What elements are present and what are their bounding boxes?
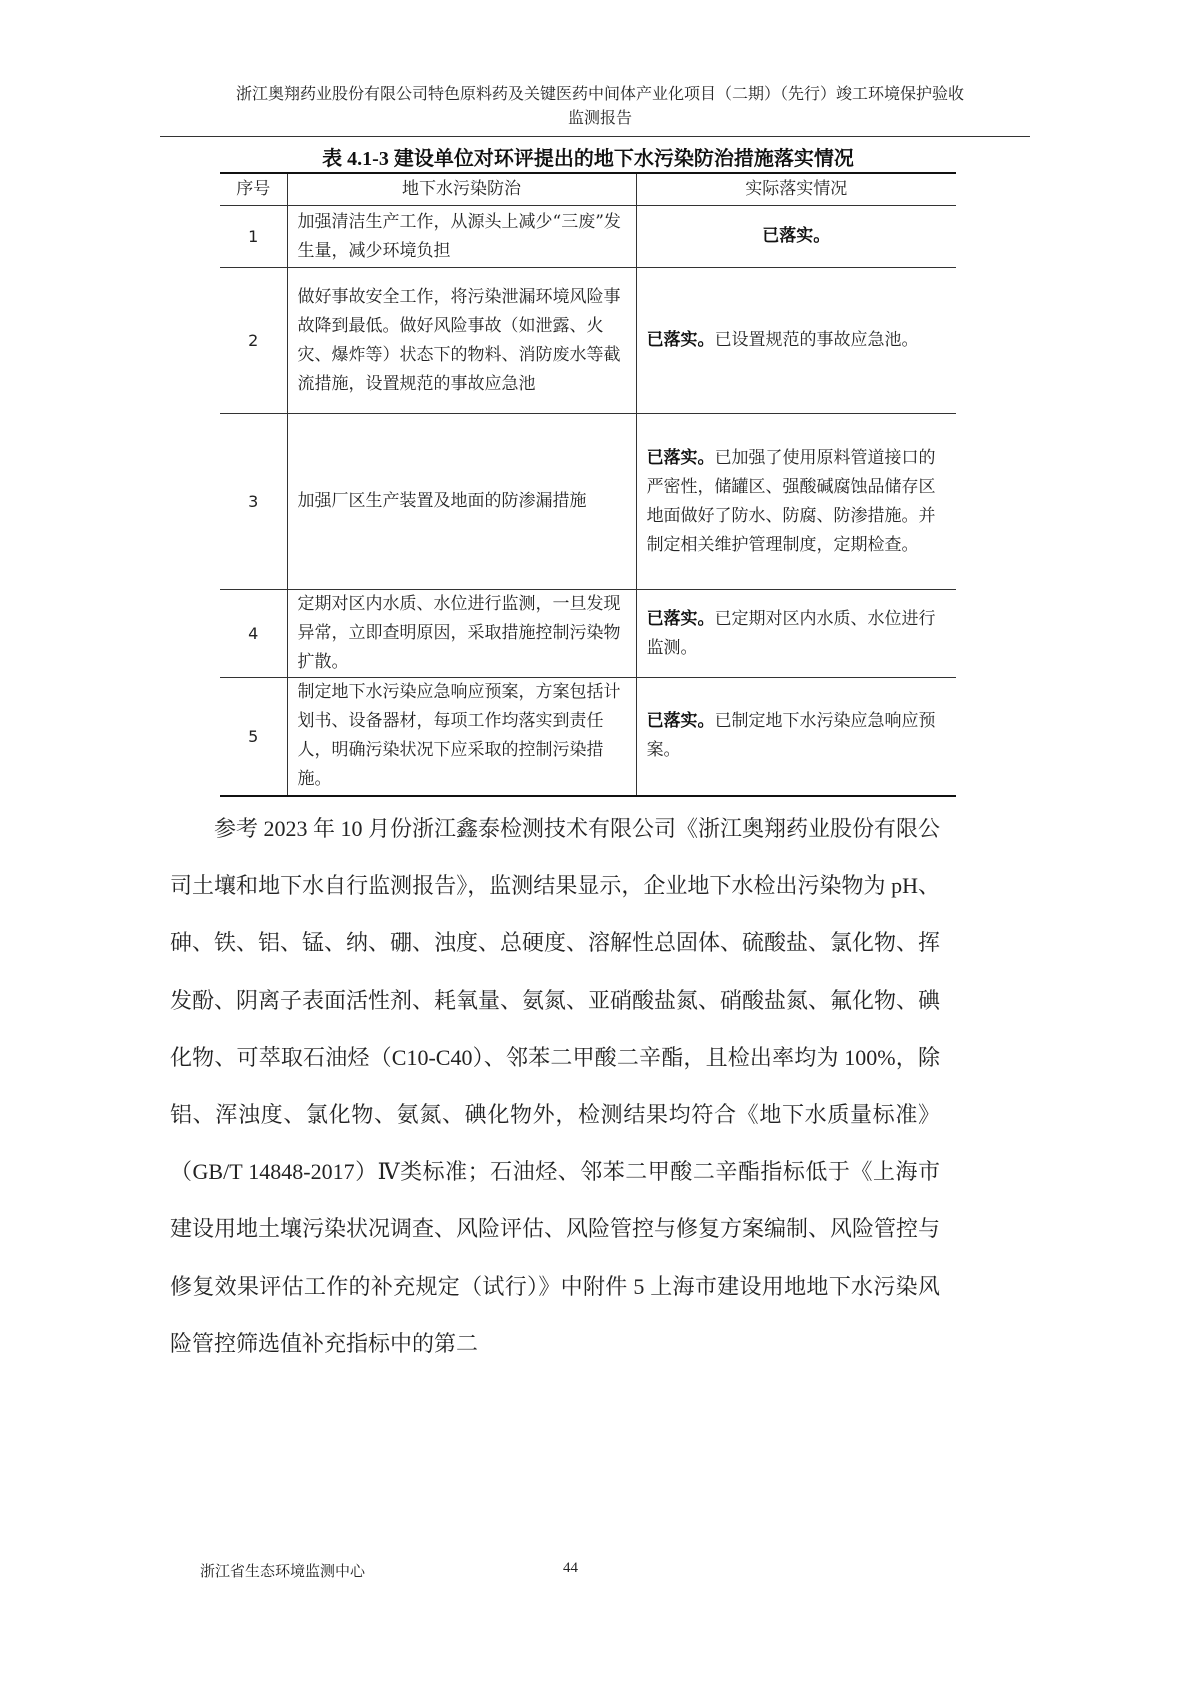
table-header-row: 序号 地下水污染防治 实际落实情况: [220, 173, 956, 206]
table-row: 1 加强清洁生产工作，从源头上减少“三废”发生量，减少环境负担 已落实。: [220, 206, 956, 268]
table-row: 5 制定地下水污染应急响应预案，方案包括计划书、设备器材，每项工作均落实到责任人…: [220, 678, 956, 796]
status-implemented-label: 已落实。: [647, 711, 715, 731]
status-detail: 已设置规范的事故应急池。: [715, 330, 919, 350]
measure-cell: 制定地下水污染应急响应预案，方案包括计划书、设备器材，每项工作均落实到责任人，明…: [287, 678, 636, 796]
status-implemented-label: 已落实。: [762, 226, 830, 246]
table-row: 2 做好事故安全工作，将污染泄漏环境风险事故降到最低。做好风险事故（如泄露、火灾…: [220, 268, 956, 414]
table-row: 4 定期对区内水质、水位进行监测，一旦发现异常，立即查明原因，采取措施控制污染物…: [220, 590, 956, 678]
row-number: 5: [220, 678, 287, 796]
status-implemented-label: 已落实。: [647, 609, 715, 629]
footer-organization: 浙江省生态环境监测中心: [200, 1560, 365, 1581]
column-header-status: 实际落实情况: [636, 173, 956, 206]
status-cell: 已落实。已制定地下水污染应急响应预案。: [636, 678, 956, 796]
header-divider: [160, 136, 1030, 137]
body-text: 参考 2023 年 10 月份浙江鑫泰检测技术有限公司《浙江奥翔药业股份有限公司…: [170, 800, 940, 1372]
status-cell: 已落实。已设置规范的事故应急池。: [636, 268, 956, 414]
groundwater-measures-table: 序号 地下水污染防治 实际落实情况 1 加强清洁生产工作，从源头上减少“三废”发…: [220, 172, 956, 797]
status-implemented-label: 已落实。: [647, 448, 715, 468]
measure-cell: 定期对区内水质、水位进行监测，一旦发现异常，立即查明原因，采取措施控制污染物扩散…: [287, 590, 636, 678]
measure-cell: 做好事故安全工作，将污染泄漏环境风险事故降到最低。做好风险事故（如泄露、火灾、爆…: [287, 268, 636, 414]
status-implemented-label: 已落实。: [647, 330, 715, 350]
row-number: 1: [220, 206, 287, 268]
page-number: 44: [563, 1560, 578, 1577]
row-number: 2: [220, 268, 287, 414]
status-cell: 已落实。已定期对区内水质、水位进行监测。: [636, 590, 956, 678]
column-header-measure: 地下水污染防治: [287, 173, 636, 206]
column-header-number: 序号: [220, 173, 287, 206]
status-cell: 已落实。已加强了使用原料管道接口的严密性，储罐区、强酸碱腐蚀品储存区地面做好了防…: [636, 414, 956, 590]
header-subtitle: 监测报告: [150, 106, 1050, 130]
measure-cell: 加强清洁生产工作，从源头上减少“三废”发生量，减少环境负担: [287, 206, 636, 268]
status-cell: 已落实。: [636, 206, 956, 268]
row-number: 3: [220, 414, 287, 590]
table-row: 3 加强厂区生产装置及地面的防渗漏措施 已落实。已加强了使用原料管道接口的严密性…: [220, 414, 956, 590]
row-number: 4: [220, 590, 287, 678]
running-header: 浙江奥翔药业股份有限公司特色原料药及关键医药中间体产业化项目（二期）（先行）竣工…: [150, 82, 1050, 130]
table-title: 表 4.1-3 建设单位对环评提出的地下水污染防治措施落实情况: [220, 146, 956, 172]
document-page: 浙江奥翔药业股份有限公司特色原料药及关键医药中间体产业化项目（二期）（先行）竣工…: [0, 0, 1190, 1683]
measure-cell: 加强厂区生产装置及地面的防渗漏措施: [287, 414, 636, 590]
header-title: 浙江奥翔药业股份有限公司特色原料药及关键医药中间体产业化项目（二期）（先行）竣工…: [150, 82, 1050, 106]
body-paragraph: 参考 2023 年 10 月份浙江鑫泰检测技术有限公司《浙江奥翔药业股份有限公司…: [170, 800, 940, 1372]
